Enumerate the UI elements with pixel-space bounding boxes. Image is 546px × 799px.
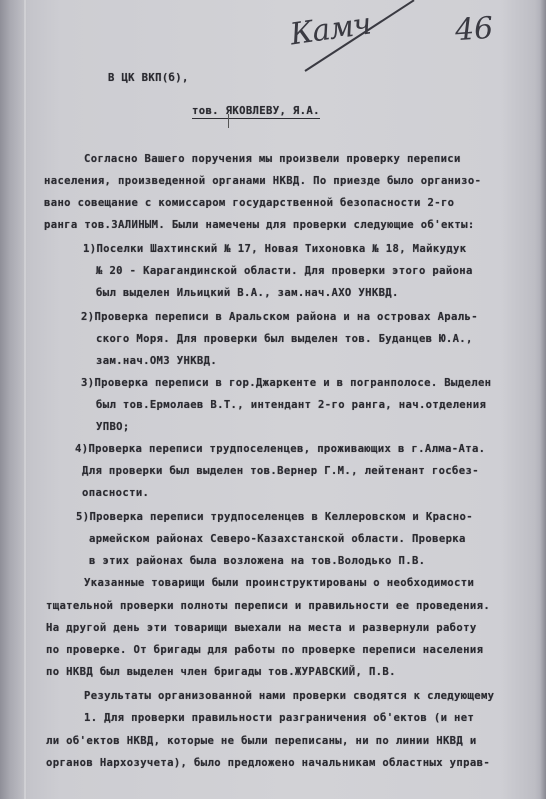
list-item-3: 3)Проверка переписи в гор.Джаркенте и в … [81, 377, 491, 389]
document-page: Камч 46 В ЦК ВКП(б), тов. ЯКОВЛЕВУ, Я.А.… [0, 0, 546, 799]
address-recipient: В ЦК ВКП(б), [108, 72, 189, 84]
body-line: опасности. [82, 487, 149, 499]
body-line: ранга тов.ЗАЛИНЫМ. Были намечены для про… [44, 219, 475, 231]
body-line: 1. Для проверки правильности разграничен… [84, 712, 474, 724]
address-attention: тов. ЯКОВЛЕВУ, Я.А. [192, 105, 320, 119]
list-item-4: 4)Проверка переписи трудпоселенцев, прож… [75, 443, 485, 455]
margin-mark [228, 114, 229, 128]
body-line: населения, произведенной органами НКВД. … [44, 175, 481, 187]
body-line: Результаты организованной нами проверки … [84, 690, 494, 702]
body-line: Согласно Вашего поручения мы произвели п… [84, 153, 461, 165]
handwritten-signature: Камч [288, 7, 373, 53]
list-item-2: 2)Проверка переписи в Аральском района и… [81, 311, 478, 323]
body-line: ского Моря. Для проверки был выделен тов… [96, 333, 473, 345]
body-line: по проверке. От бригады для работы по пр… [46, 644, 483, 656]
list-item-5: 5)Проверка переписи трудпоселенцев в Кел… [76, 511, 473, 523]
body-line: зам.нач.ОМЗ УНКВД. [96, 355, 217, 367]
body-line: ли об'ектов НКВД, которые не были перепи… [46, 735, 477, 747]
handwritten-page-number: 46 [454, 11, 495, 49]
body-line: армейском районах Северо-Казахстанской о… [89, 533, 466, 545]
body-line: в этих районах была возложена на тов.Вол… [89, 555, 425, 567]
body-line: органов Нархозучета), было предложено на… [46, 757, 490, 769]
body-line: № 20 - Карагандинской области. Для прове… [96, 265, 473, 277]
body-line: УПВО; [96, 421, 130, 433]
body-line: был выделен Ильицкий В.А., зам.нач.АХО У… [96, 287, 399, 299]
body-line: вано совещание с комиссаром государствен… [44, 197, 454, 209]
body-line: Для проверки был выделен тов.Вернер Г.М.… [82, 465, 479, 477]
list-item-1: 1)Поселки Шахтинский № 17, Новая Тихонов… [83, 243, 467, 255]
body-line: тщательной проверки полноты переписи и п… [46, 600, 490, 612]
body-line: Указанные товарищи были проинструктирова… [84, 577, 474, 589]
body-line: На другой день эти товарищи выехали на м… [46, 622, 477, 634]
body-line: по НКВД был выделен член бригады тов.ЖУР… [46, 666, 396, 678]
body-line: был тов.Ермолаев В.Т., интендант 2-го ра… [96, 399, 486, 411]
